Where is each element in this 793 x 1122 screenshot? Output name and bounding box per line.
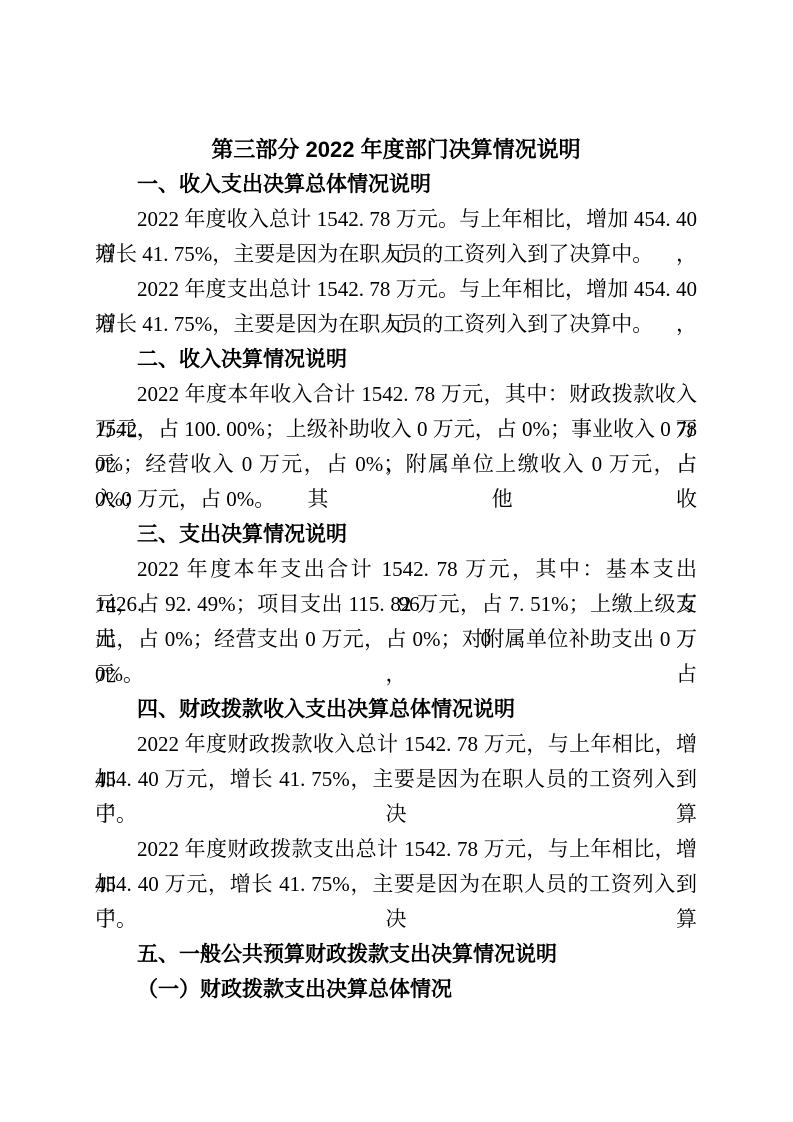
document-body: 一、收入支出决算总体情况说明2022 年度收入总计 1542. 78 万元。与上… [95, 167, 697, 1007]
paragraph-line: 454. 40 万元，增长 41. 75%，主要是因为在职人员的工资列入到了决算 [95, 867, 697, 902]
section-heading: 一、收入支出决算总体情况说明 [95, 167, 697, 202]
paragraph-line: 2022 年度支出总计 1542. 78 万元。与上年相比，增加 454. 40… [95, 272, 697, 307]
subsection-heading: （一）财政拨款支出决算总体情况 [95, 972, 697, 1007]
paragraph-line: 万元，占 100. 00%；上级补助收入 0 万元，占 0%；事业收入 0 万元… [95, 412, 697, 447]
paragraph-line: 增长 41. 75%，主要是因为在职人员的工资列入到了决算中。 [95, 237, 697, 272]
section-heading: 四、财政拨款收入支出决算总体情况说明 [95, 692, 697, 727]
section-heading: 五、一般公共预算财政拨款支出决算情况说明 [95, 937, 697, 972]
paragraph-line: 增长 41. 75%，主要是因为在职人员的工资列入到了决算中。 [95, 307, 697, 342]
paragraph-line: 2022 年度本年收入合计 1542. 78 万元，其中：财政拨款收入 1542… [95, 377, 697, 412]
paragraph-line: 454. 40 万元，增长 41. 75%，主要是因为在职人员的工资列入到了决算 [95, 762, 697, 797]
document-page: 第三部分 2022 年度部门决算情况说明 一、收入支出决算总体情况说明2022 … [0, 0, 793, 1122]
paragraph-line: 2022 年度财政拨款支出总计 1542. 78 万元，与上年相比，增加 [95, 832, 697, 867]
paragraph-line: 2022 年度本年支出合计 1542. 78 万元，其中：基本支出 1426. … [95, 552, 697, 587]
section-heading: 三、支出决算情况说明 [95, 517, 697, 552]
paragraph-line: 2022 年度收入总计 1542. 78 万元。与上年相比，增加 454. 40… [95, 202, 697, 237]
section-heading: 二、收入决算情况说明 [95, 342, 697, 377]
paragraph-line: 元，占 0%；经营支出 0 万元，占 0%；对附属单位补助支出 0 万元，占 [95, 622, 697, 657]
document-title: 第三部分 2022 年度部门决算情况说明 [95, 132, 697, 167]
paragraph-line: 2022 年度财政拨款收入总计 1542. 78 万元，与上年相比，增加 [95, 727, 697, 762]
paragraph-line: 元，占 92. 49%；项目支出 115. 82 万元，占 7. 51%；上缴上… [95, 587, 697, 622]
paragraph-line: 0%；经营收入 0 万元，占 0%；附属单位上缴收入 0 万元，占 0%；其他收 [95, 447, 697, 482]
